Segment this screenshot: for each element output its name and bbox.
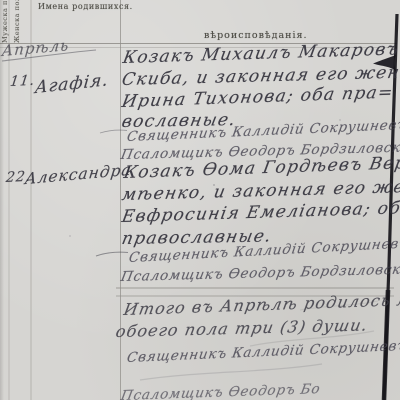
ink-speck-2 xyxy=(69,235,71,237)
header-confession-column: вѣроисповѣданія. xyxy=(204,30,308,41)
bleedthrough-stroke-2 xyxy=(140,364,322,380)
header-count-female-rotated: Женска пола. xyxy=(13,3,21,43)
entry-number: 11. xyxy=(9,73,36,90)
signature-flourish xyxy=(96,252,128,256)
header-names-column: Имена родившихся. xyxy=(38,2,133,11)
header-count-male-rotated: Мужеска пола. xyxy=(1,3,9,43)
metric-book-scan-page: Мужеска пола. Женска пола. Имена родивши… xyxy=(0,0,400,400)
